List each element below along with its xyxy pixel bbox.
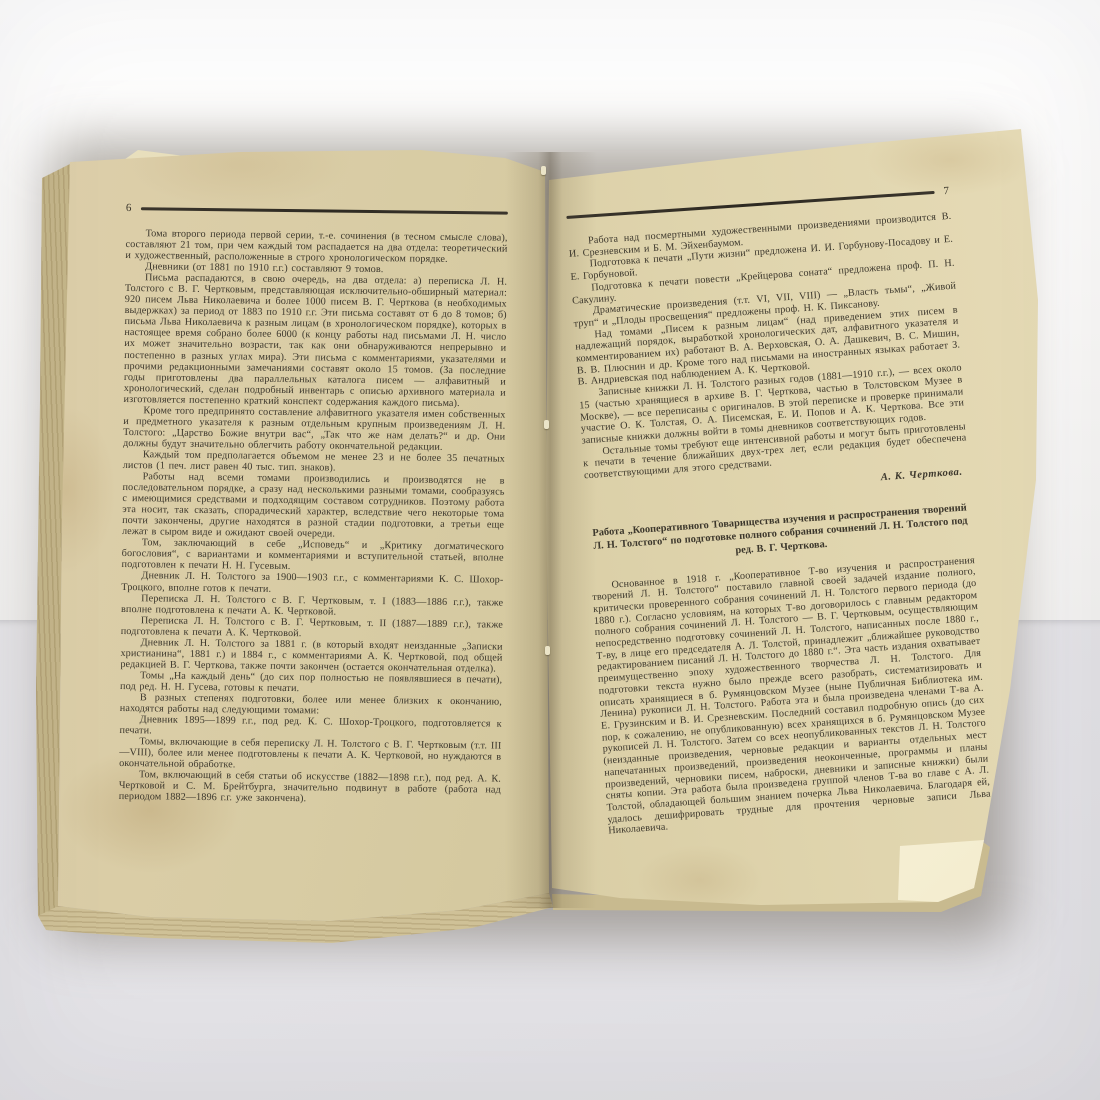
- paragraph: Тома второго периода первой серии, т.-е.…: [125, 228, 507, 266]
- binding-stitch: [541, 166, 546, 175]
- paragraph: Томы, включающие в себя переписку Л. Н. …: [119, 736, 501, 774]
- right-page-number: 7: [943, 185, 950, 197]
- left-page-number: 6: [126, 202, 132, 214]
- paragraph: Дневник Л. Н. Толстого за 1881 г. (в кот…: [120, 637, 502, 675]
- paragraph: Работы над всеми томами производились и …: [122, 471, 505, 542]
- photo-of-open-book: { "photo": { "surface_color": "#e9e8ec",…: [0, 0, 1100, 1100]
- paragraph: Основанное в 1918 г. „Кооперативное Т-во…: [591, 555, 992, 838]
- paragraph: Кроме того предпринято составление алфав…: [123, 405, 506, 454]
- right-page-body-bottom: Основанное в 1918 г. „Кооперативное Т-во…: [591, 555, 992, 838]
- right-page-body-top: Работа над посмертными художественными п…: [568, 211, 968, 482]
- left-header-rule: [141, 207, 508, 214]
- paragraph: Том, включающий в себя статьи об искусст…: [119, 769, 501, 807]
- paragraph: Том, заключающий в себе „Исповедь“ и „Кр…: [121, 537, 503, 575]
- right-page-content: 7 Работа над посмертными художественными…: [566, 185, 992, 838]
- left-page-body: Тома второго периода первой серии, т.-е.…: [119, 228, 508, 807]
- left-page-content: 6 Тома второго периода первой серии, т.-…: [119, 202, 508, 807]
- section-heading: Работа „Кооперативного Товарищества изуч…: [590, 501, 972, 568]
- binding-stitch: [545, 646, 550, 655]
- binding-stitch: [544, 420, 549, 429]
- paragraph: Письма распадаются, в свою очередь, на д…: [124, 272, 508, 409]
